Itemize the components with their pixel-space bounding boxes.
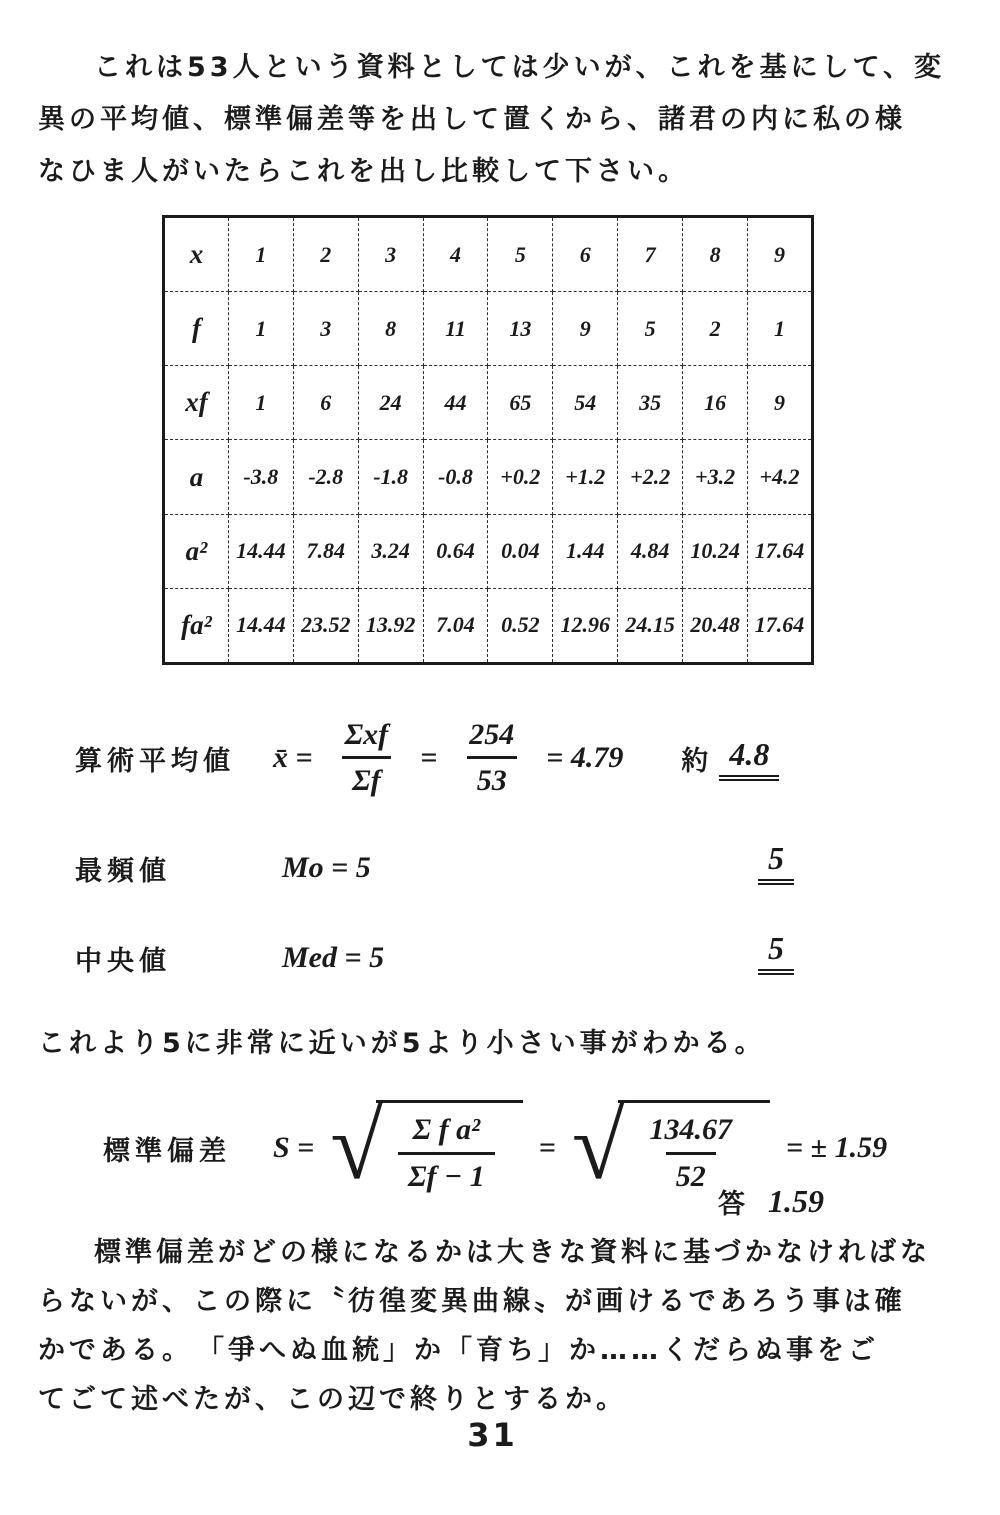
table-row: a²14.447.843.240.640.041.444.8410.2417.6… [164, 514, 813, 588]
table-cell: 13.92 [358, 588, 423, 663]
mean-row: 算術平均値 x̄ = Σxf Σf = 254 53 = 4.79 約 4.8 [75, 710, 779, 806]
median-answer-value: 5 [758, 930, 794, 975]
table-row: f13811139521 [164, 292, 813, 366]
mode-equation: Mo = 5 [282, 851, 371, 885]
approx-label: 約 [681, 739, 713, 778]
row-label: fa² [164, 588, 229, 663]
median-row: 中央値 [75, 928, 171, 988]
mode-answer: 5 [758, 832, 794, 892]
fraction-numerator: 254 [459, 718, 524, 757]
table-cell: 3 [293, 292, 358, 366]
table-cell: 17.64 [748, 514, 813, 588]
fraction-denominator: 53 [467, 756, 517, 799]
table-cell: 1.44 [553, 514, 618, 588]
table-row: a-3.8-2.8-1.8-0.8+0.2+1.2+2.2+3.2+4.2 [164, 440, 813, 514]
table-cell: 20.48 [683, 588, 748, 663]
table-cell: 24.15 [618, 588, 683, 663]
scanned-notebook-page: これは53人という資料としては少いが、これを基にして、変 異の平均値、標準偏差等… [0, 0, 1000, 1515]
answer-label: 答 [718, 1182, 750, 1221]
table-cell: 7.84 [293, 514, 358, 588]
table-cell: 44 [423, 366, 488, 440]
fraction: Σxf Σf [335, 718, 399, 799]
table-cell: 9 [553, 292, 618, 366]
outro-line: 標準偏差がどの様になるかは大きな資料に基づかなければな [38, 1228, 978, 1277]
table-cell: 65 [488, 366, 553, 440]
row-label: a² [164, 514, 229, 588]
note-paragraph: これより5に非常に近いが5より小さい事がわかる。 [38, 1018, 978, 1070]
stddev-answer: 答 1.59 [718, 1178, 824, 1224]
table-cell: 12.96 [553, 588, 618, 663]
stddev-result: = ± 1.59 [786, 1131, 887, 1165]
table-cell: 8 [358, 292, 423, 366]
table-cell: 1 [228, 292, 293, 366]
outro-line: らないが、この際に〝彷徨変異曲線〟が画けるであろう事は確 [38, 1277, 978, 1326]
median-answer: 5 [758, 922, 794, 982]
radicand: Σ f a² Σf − 1 [376, 1100, 523, 1196]
mean-label: 算術平均値 [75, 739, 235, 778]
square-root: √ Σ f a² Σf − 1 [330, 1100, 522, 1196]
mode-label: 最頻値 [75, 849, 171, 888]
table-cell: 10.24 [683, 514, 748, 588]
fraction-denominator: Σf [342, 756, 391, 799]
table-cell: +4.2 [748, 440, 813, 514]
equals-sign: = [420, 741, 437, 775]
mean-approx-value: 4.8 [719, 736, 779, 781]
frequency-table-body: x123456789f13811139521xf162444655435169a… [164, 217, 813, 664]
table-cell: +2.2 [618, 440, 683, 514]
table-cell: 9 [748, 217, 813, 292]
table-row: x123456789 [164, 217, 813, 292]
fraction-numerator: 134.67 [640, 1113, 743, 1152]
stddev-answer-value: 1.59 [768, 1183, 824, 1220]
table-cell: 24 [358, 366, 423, 440]
intro-paragraph: これは53人という資料としては少いが、これを基にして、変 異の平均値、標準偏差等… [38, 42, 978, 198]
fraction-numerator: Σxf [335, 718, 399, 757]
table-cell: 14.44 [228, 514, 293, 588]
table-row: xf162444655435169 [164, 366, 813, 440]
median-equation: Med = 5 [282, 941, 384, 975]
table-cell: 0.52 [488, 588, 553, 663]
stddev-lhs: S = [273, 1131, 314, 1165]
intro-line: これは53人という資料としては少いが、これを基にして、変 [38, 42, 978, 94]
fraction-numerator: Σ f a² [403, 1113, 491, 1152]
table-cell: 2 [293, 217, 358, 292]
radical-sign-icon: √ [330, 1103, 383, 1199]
table-cell: 1 [228, 366, 293, 440]
table-row: fa²14.4423.5213.927.040.5212.9624.1520.4… [164, 588, 813, 663]
outro-line: かである。 「爭へぬ血統」か「育ち」か……くだらぬ事をご [38, 1326, 978, 1375]
table-cell: 1 [748, 292, 813, 366]
table-cell: 35 [618, 366, 683, 440]
frequency-table: x123456789f13811139521xf162444655435169a… [162, 215, 814, 665]
table-cell: 23.52 [293, 588, 358, 663]
row-label: f [164, 292, 229, 366]
row-label: xf [164, 366, 229, 440]
table-cell: 6 [293, 366, 358, 440]
mode-row: 最頻値 [75, 838, 171, 898]
table-cell: 13 [488, 292, 553, 366]
table-cell: 16 [683, 366, 748, 440]
page-number: 31 [0, 1416, 985, 1454]
mode-answer-value: 5 [758, 840, 794, 885]
table-cell: 17.64 [748, 588, 813, 663]
table-cell: 6 [553, 217, 618, 292]
equals-sign: = [539, 1131, 556, 1165]
table-cell: 4.84 [618, 514, 683, 588]
table-cell: 14.44 [228, 588, 293, 663]
table-cell: 5 [618, 292, 683, 366]
table-cell: -0.8 [423, 440, 488, 514]
table-cell: 2 [683, 292, 748, 366]
table-cell: 8 [683, 217, 748, 292]
row-label: a [164, 440, 229, 514]
table-cell: 0.04 [488, 514, 553, 588]
mean-lhs: x̄ = [273, 741, 313, 775]
intro-line: なひま人がいたらこれを出し比較して下さい。 [38, 146, 978, 198]
table-cell: 3 [358, 217, 423, 292]
table-cell: +1.2 [553, 440, 618, 514]
stddev-label: 標準偏差 [103, 1129, 231, 1168]
table-cell: 1 [228, 217, 293, 292]
outro-paragraph: 標準偏差がどの様になるかは大きな資料に基づかなければな らないが、この際に〝彷徨… [38, 1228, 978, 1424]
table-cell: +0.2 [488, 440, 553, 514]
table-cell: -3.8 [228, 440, 293, 514]
radical-sign-icon: √ [572, 1103, 625, 1199]
table-cell: +3.2 [683, 440, 748, 514]
table-cell: 9 [748, 366, 813, 440]
table-cell: 7 [618, 217, 683, 292]
table-cell: -2.8 [293, 440, 358, 514]
mean-result: = 4.79 [546, 741, 623, 775]
table-cell: 7.04 [423, 588, 488, 663]
fraction: Σ f a² Σf − 1 [398, 1113, 495, 1194]
fraction-denominator: 52 [666, 1152, 716, 1195]
table-cell: 54 [553, 366, 618, 440]
median-label: 中央値 [75, 939, 171, 978]
mode-formula: Mo = 5 [282, 838, 371, 898]
median-formula: Med = 5 [282, 928, 384, 988]
intro-line: 異の平均値、標準偏差等を出して置くから、諸君の内に私の様 [38, 94, 978, 146]
table-cell: 0.64 [423, 514, 488, 588]
note-line: これより5に非常に近いが5より小さい事がわかる。 [38, 1018, 978, 1070]
table-cell: 5 [488, 217, 553, 292]
row-label: x [164, 217, 229, 292]
table-cell: -1.8 [358, 440, 423, 514]
fraction-denominator: Σf − 1 [398, 1152, 495, 1195]
table-cell: 4 [423, 217, 488, 292]
table-cell: 11 [423, 292, 488, 366]
table-cell: 3.24 [358, 514, 423, 588]
fraction: 254 53 [459, 718, 524, 799]
